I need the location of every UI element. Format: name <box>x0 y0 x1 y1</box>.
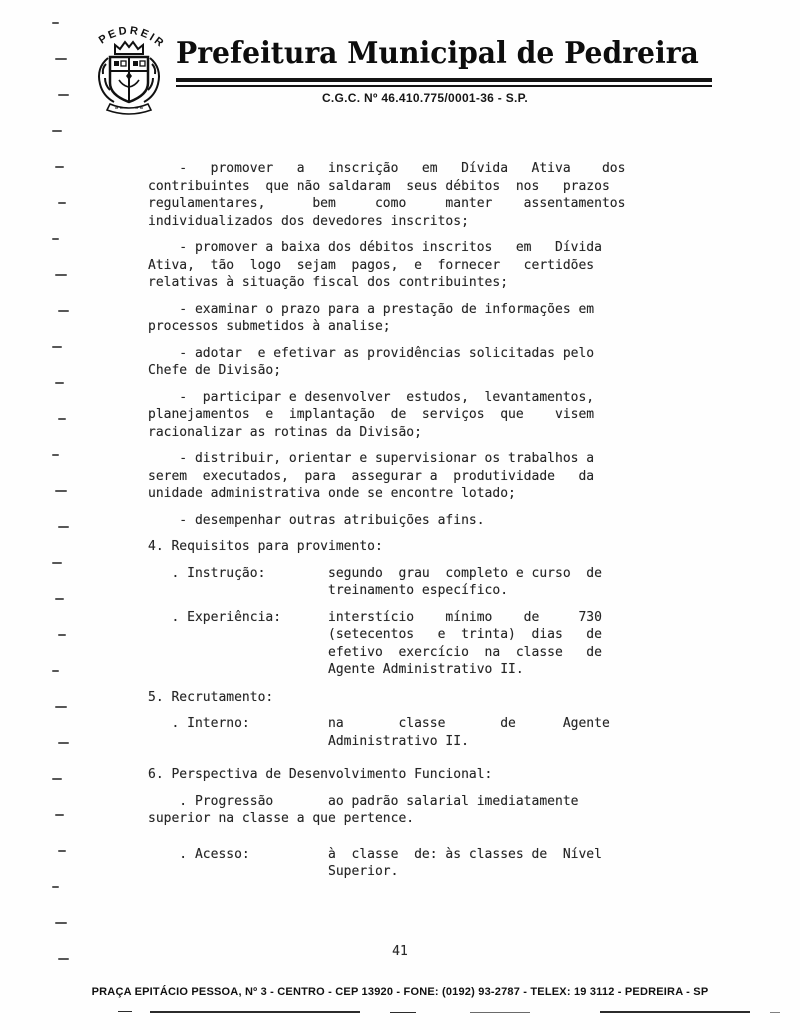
margin-mark <box>58 850 66 852</box>
margin-mark <box>52 778 62 780</box>
title-rule-thick <box>176 78 712 82</box>
margin-mark <box>58 526 69 528</box>
footer-address-line: PRAÇA EPITÁCIO PESSOA, Nº 3 - CENTRO - C… <box>60 986 740 998</box>
margin-mark <box>55 706 67 708</box>
paragraph-block: 6. Perspectiva de Desenvolvimento Funcio… <box>148 766 676 784</box>
margin-mark <box>55 58 67 60</box>
text-line: efetivo exercício na classe de <box>148 644 676 662</box>
scan-artifact-line <box>390 1012 416 1013</box>
text-line: - distribuir, orientar e supervisionar o… <box>148 450 676 468</box>
margin-mark <box>52 22 59 24</box>
text-line: . Progressão ao padrão salarial imediata… <box>148 793 676 811</box>
margin-mark <box>58 418 66 420</box>
text-line: racionalizar as rotinas da Divisão; <box>148 424 676 442</box>
text-line: Superior. <box>148 863 676 881</box>
text-line: treinamento específico. <box>148 582 676 600</box>
text-line: superior na classe a que pertence. <box>148 810 676 828</box>
text-line: - desempenhar outras atribuições afins. <box>148 512 676 530</box>
margin-mark <box>58 202 66 204</box>
paragraph-block: . Instrução: segundo grau completo e cur… <box>148 565 676 600</box>
cgc-registration-line: C.G.C. Nº 46.410.775/0001-36 - S.P. <box>165 91 685 105</box>
margin-mark <box>52 454 59 456</box>
scan-artifact-line <box>470 1012 530 1013</box>
margin-mark <box>55 274 67 276</box>
paragraph-block: - participar e desenvolver estudos, leva… <box>148 389 676 442</box>
margin-mark <box>55 382 64 384</box>
paragraph-block: - examinar o prazo para a prestação de i… <box>148 301 676 336</box>
text-line: . Experiência: interstício mínimo de 730 <box>148 609 676 627</box>
paragraph-block: - desempenhar outras atribuições afins. <box>148 512 676 530</box>
text-line: Agente Administrativo II. <box>148 661 676 679</box>
margin-mark <box>52 238 59 240</box>
text-line: Chefe de Divisão; <box>148 362 676 380</box>
text-line: (setecentos e trinta) dias de <box>148 626 676 644</box>
text-line: Administrativo II. <box>148 733 676 751</box>
text-line: 6. Perspectiva de Desenvolvimento Funcio… <box>148 766 676 784</box>
title-rule-thin <box>176 85 712 87</box>
paragraph-block: . Interno: na classe de Agente Administr… <box>148 715 676 750</box>
paragraph-block: . Experiência: interstício mínimo de 730… <box>148 609 676 679</box>
text-line: 4. Requisitos para provimento: <box>148 538 676 556</box>
text-line: - examinar o prazo para a prestação de i… <box>148 301 676 319</box>
pedreira-coat-of-arms-icon: PEDREIRA <box>84 14 174 116</box>
margin-mark <box>55 490 67 492</box>
scan-artifact-line <box>770 1012 780 1013</box>
margin-mark <box>52 346 62 348</box>
page-number: 41 <box>370 944 430 959</box>
scan-artifact-line <box>150 1011 360 1013</box>
paragraph-block: - adotar e efetivar as providências soli… <box>148 345 676 380</box>
page-title: Prefeitura Municipal de Pedreira <box>176 36 684 71</box>
text-line: - promover a baixa dos débitos inscritos… <box>148 239 676 257</box>
paragraph-block: - distribuir, orientar e supervisionar o… <box>148 450 676 503</box>
text-line: - adotar e efetivar as providências soli… <box>148 345 676 363</box>
margin-mark <box>55 922 67 924</box>
margin-mark <box>55 814 64 816</box>
scan-artifact-line <box>600 1011 750 1013</box>
paragraph-block: - promover a inscrição em Dívida Ativa d… <box>148 160 676 230</box>
text-line: individualizados dos devedores inscritos… <box>148 213 676 231</box>
text-line: . Acesso: à classe de: às classes de Nív… <box>148 846 676 864</box>
margin-mark <box>58 958 69 960</box>
margin-mark <box>52 670 59 672</box>
text-line: relativas à situação fiscal dos contribu… <box>148 274 676 292</box>
svg-text:PEDREIRA: PEDREIRA <box>84 14 167 51</box>
margin-mark <box>55 166 64 168</box>
paragraph-block: . Acesso: à classe de: às classes de Nív… <box>148 846 676 881</box>
text-line: 5. Recrutamento: <box>148 689 676 707</box>
text-line: planejamentos e implantação de serviços … <box>148 406 676 424</box>
margin-mark <box>52 886 59 888</box>
paragraph-block: - promover a baixa dos débitos inscritos… <box>148 239 676 292</box>
margin-mark <box>58 310 69 312</box>
document-page: PEDREIRA Prefeitura Municipal de Pedreir… <box>0 0 800 1030</box>
margin-mark <box>52 562 62 564</box>
logo-arc-text: PEDREIRA <box>84 14 167 51</box>
margin-mark <box>58 634 66 636</box>
paragraph-block: 5. Recrutamento: <box>148 689 676 707</box>
scan-artifact-line <box>118 1011 132 1012</box>
text-line: - promover a inscrição em Dívida Ativa d… <box>148 160 676 178</box>
text-line: Ativa, tão logo sejam pagos, e fornecer … <box>148 257 676 275</box>
margin-mark <box>58 742 69 744</box>
text-line: regulamentares, bem como manter assentam… <box>148 195 676 213</box>
margin-mark <box>55 598 64 600</box>
margin-mark <box>58 94 69 96</box>
text-line: serem executados, para assegurar a produ… <box>148 468 676 486</box>
text-line: . Interno: na classe de Agente <box>148 715 676 733</box>
text-line: . Instrução: segundo grau completo e cur… <box>148 565 676 583</box>
text-line: contribuintes que não saldaram seus débi… <box>148 178 676 196</box>
paragraph-block: . Progressão ao padrão salarial imediata… <box>148 793 676 828</box>
typed-text-body: - promover a inscrição em Dívida Ativa d… <box>148 160 676 890</box>
text-line: unidade administrativa onde se encontre … <box>148 485 676 503</box>
text-line: processos submetidos à analise; <box>148 318 676 336</box>
text-line: - participar e desenvolver estudos, leva… <box>148 389 676 407</box>
paragraph-block: 4. Requisitos para provimento: <box>148 538 676 556</box>
margin-mark <box>52 130 62 132</box>
